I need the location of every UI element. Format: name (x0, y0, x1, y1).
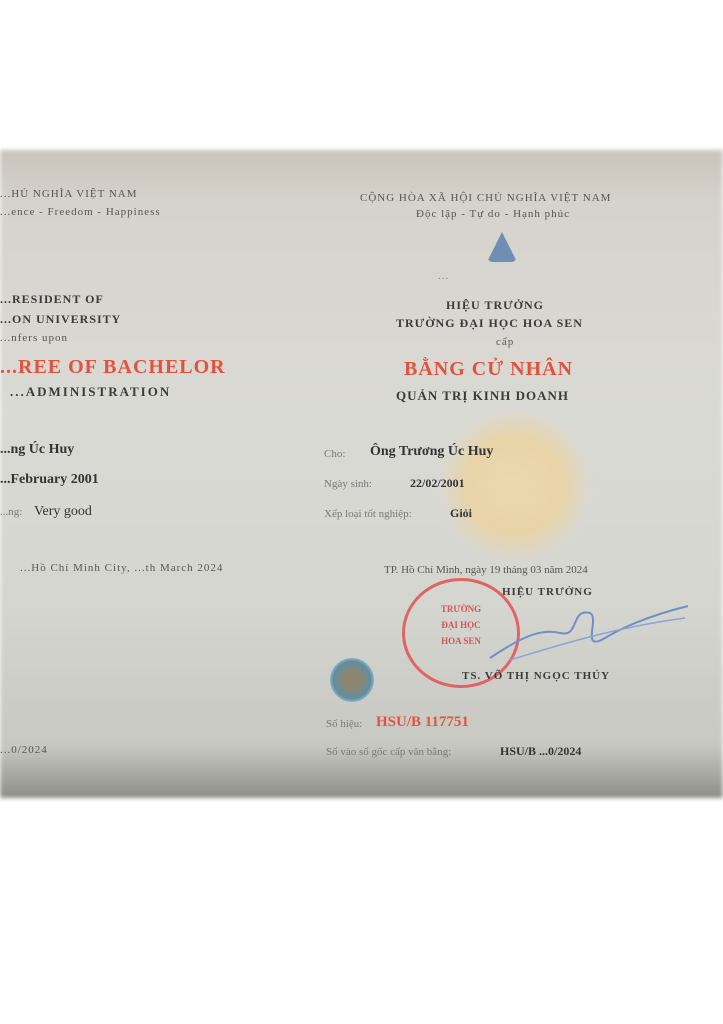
serial-value: HSU/B 117751 (376, 714, 469, 731)
reg-value: HSU/B ...0/2024 (500, 744, 581, 759)
name-label: Cho: (324, 448, 345, 460)
left-institution-2: ...ON UNIVERSITY (0, 312, 121, 327)
rector-line-2: TRƯỜNG ĐẠI HỌC HOA SEN (396, 316, 583, 331)
left-place-date: ...Hồ Chí Minh City, ...th March 2024 (20, 562, 223, 574)
diploma-photo (0, 150, 723, 798)
signer-title: HIỆU TRƯỞNG (502, 586, 593, 598)
left-ranking: Very good (34, 504, 92, 520)
rector-line-1: HIỆU TRƯỞNG (446, 298, 544, 313)
hologram-seal-icon (330, 658, 374, 702)
left-degree-title: ...REE OF BACHELOR (0, 356, 226, 379)
signature-icon (470, 598, 690, 668)
dob-value: 22/02/2001 (410, 476, 465, 491)
right-header-2: Độc lập - Tự do - Hạnh phúc (416, 208, 570, 220)
confers-text: cấp (496, 336, 514, 348)
right-degree-title: BẰNG CỬ NHÂN (404, 358, 573, 381)
left-ranking-label: ...ng: (0, 506, 22, 518)
left-major: ...ADMINISTRATION (10, 384, 171, 400)
left-dob: ...February 2001 (0, 472, 99, 488)
left-header-1: ...HỦ NGHĨA VIỆT NAM (0, 188, 138, 200)
right-place-date: TP. Hồ Chí Minh, ngày 19 tháng 03 năm 20… (384, 564, 588, 576)
left-header-2: ...ence - Freedom - Happiness (0, 206, 161, 218)
serial-label: Số hiệu: (326, 718, 362, 730)
signer-name: TS. VÕ THỊ NGỌC THÚY (462, 670, 610, 682)
university-brand: ... (438, 270, 449, 282)
reg-label: Số vào sổ gốc cấp văn bằng: (326, 746, 451, 758)
left-institution-3: ...nfers upon (0, 332, 68, 344)
dob-label: Ngày sinh: (324, 478, 372, 490)
ranking-value: Giỏi (450, 506, 472, 521)
left-name: ...ng Úc Huy (0, 442, 74, 458)
left-reg-number: ...0/2024 (0, 744, 48, 756)
name-value: Ông Trương Úc Huy (370, 444, 493, 460)
left-institution-1: ...RESIDENT OF (0, 292, 104, 307)
ranking-label: Xếp loại tốt nghiệp: (324, 508, 412, 520)
right-header-1: CỘNG HÒA XÃ HỘI CHỦ NGHĨA VIỆT NAM (360, 192, 611, 204)
right-major: QUẢN TRỊ KINH DOANH (396, 388, 569, 404)
